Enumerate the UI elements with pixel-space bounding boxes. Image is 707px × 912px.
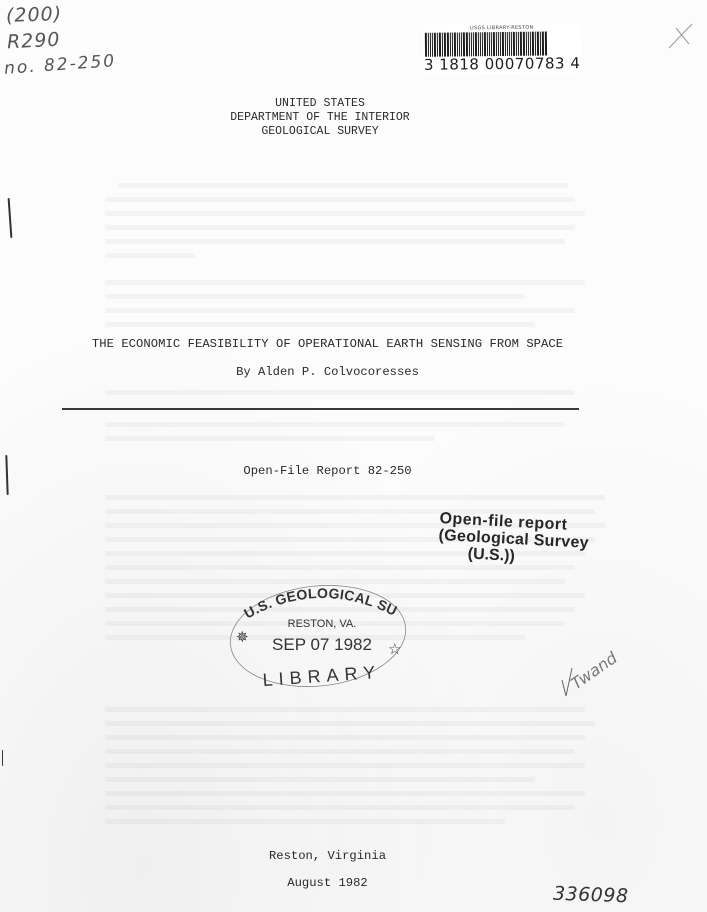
agency-department: DEPARTMENT OF THE INTERIOR — [0, 111, 640, 125]
handwritten-accession-number: 336098 — [553, 883, 629, 908]
catalog-stamp: Open-file report (Geological Survey (U.S… — [437, 510, 590, 569]
svg-text:U.S. GEOLOGICAL SURVEY: U.S. GEOLOGICAL SURVEY — [222, 578, 400, 621]
library-received-stamp: U.S. GEOLOGICAL SURVEY RESTON, VA. SEP 0… — [222, 578, 410, 690]
handwritten-margin-annotation: Twand — [560, 630, 680, 700]
scanned-page: (200) R290 no. 82-250 USGS LIBRARY-RESTO… — [0, 0, 707, 912]
document-author: By Alden P. Colvocoresses — [0, 365, 655, 379]
handwritten-call-number: R290 — [6, 29, 61, 54]
stamp-location: RESTON, VA. — [288, 618, 357, 630]
stamp-star-icon: ✵ — [236, 629, 249, 646]
stamp-agency-text: U.S. GEOLOGICAL SURVEY — [222, 578, 400, 621]
document-title: THE ECONOMIC FEASIBILITY OF OPERATIONAL … — [0, 337, 655, 351]
handwritten-call-number: (200) — [6, 3, 63, 27]
stamp-star-icon: ☆ — [388, 641, 401, 658]
pencil-x-mark-icon — [665, 20, 695, 50]
barcode-icon — [425, 31, 579, 57]
title-divider — [62, 408, 579, 410]
margin-mark — [2, 750, 3, 766]
library-barcode-label: USGS LIBRARY-RESTON 3 1818 00070783 4 — [423, 23, 582, 75]
barcode-number: 3 1818 00070783 4 — [423, 54, 581, 74]
margin-mark — [8, 198, 13, 238]
svg-text:Twand: Twand — [567, 648, 621, 694]
stamp-library-text: LIBRARY — [262, 662, 382, 690]
agency-bureau: GEOLOGICAL SURVEY — [0, 125, 640, 139]
publication-place: Reston, Virginia — [0, 849, 655, 863]
stamp-date: SEP 07 1982 — [272, 635, 372, 654]
report-number: Open-File Report 82-250 — [0, 464, 655, 478]
agency-country: UNITED STATES — [0, 97, 640, 111]
handwritten-series-number: no. 82-250 — [3, 51, 116, 79]
